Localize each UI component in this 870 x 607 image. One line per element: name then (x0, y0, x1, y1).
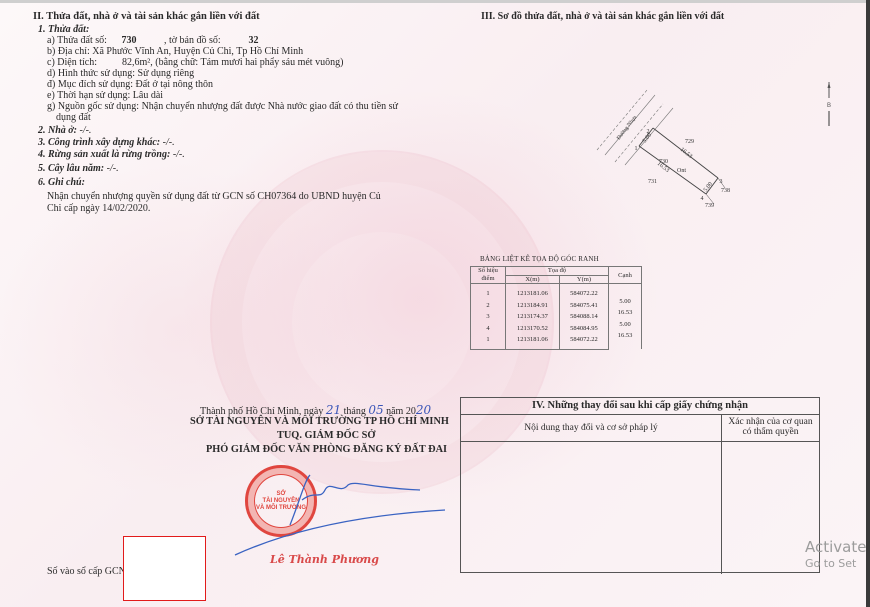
date-month: 05 (368, 403, 383, 417)
house-label: 2. Nhà ở: (38, 125, 77, 136)
certificate-page: II. Thửa đất, nhà ở và tài sản khác gắn … (0, 0, 866, 607)
notes-line-1: Nhận chuyển nhượng quyền sử dụng đất từ … (47, 191, 381, 202)
registry-label: Số vào sổ cấp GCN (47, 566, 126, 577)
construction-line: 3. Công trình xây dựng khác: -/-. (38, 137, 175, 148)
date-day: 21 (326, 403, 341, 417)
area-line: c) Diện tích:82,6m², (bằng chữ: Tám mươi… (47, 57, 343, 68)
coord-cell-y: 584084.95 (559, 323, 608, 335)
confirm-line-1: Xác nhận của cơ quan (722, 417, 819, 427)
perennial-label: 5. Cây lâu năm: (38, 163, 104, 174)
forest-label: 4. Rừng sản xuất là rừng trồng: (38, 149, 170, 160)
diagram-point-1: 1 (635, 146, 638, 152)
diagram-point-4: 4 (701, 196, 704, 202)
map-number: 32 (248, 35, 258, 46)
address-line: b) Địa chỉ: Xã Phước Vĩnh An, Huyện Củ C… (47, 46, 303, 57)
coord-header-coord: Tọa độ (506, 267, 609, 276)
section4-title: IV. Những thay đổi sau khi cấp giấy chứn… (461, 398, 819, 415)
coord-cell-x: 1213170.52 (506, 323, 560, 335)
signature-stroke (230, 470, 460, 560)
origin-line-1: g) Nguồn gốc sử dụng: Nhận chuyển nhượng… (47, 101, 398, 112)
edge-length: 5.00 (611, 319, 639, 331)
right-edge (866, 0, 870, 607)
area-value: 82,6m², (bằng chữ: Tám mươi hai phẩy sáu… (122, 57, 343, 68)
notes-label: 6. Ghi chú: (38, 177, 85, 188)
top-edge (0, 0, 866, 3)
coord-cell-y: 584088.14 (559, 311, 608, 323)
coord-cell-x: 1213174.37 (506, 311, 560, 323)
coord-table: Số hiệu điểm Tọa độ Cạnh X(m) Y(m) 11213… (470, 266, 642, 350)
changes-col-content: Nội dung thay đổi và cơ sở pháp lý (461, 415, 722, 441)
parcel-number: 730 (121, 35, 161, 46)
parcel-label: a) Thửa đất số: (47, 35, 107, 46)
notes-line-2: Chi cấp ngày 14/02/2020. (47, 203, 150, 214)
coord-cell-point: 3 (471, 311, 506, 323)
signer-position: PHÓ GIÁM ĐỐC VĂN PHÒNG ĐĂNG KÝ ĐẤT ĐAI (206, 444, 447, 455)
diagram-neighbor-729: 729 (685, 139, 694, 145)
area-label: c) Diện tích: (47, 57, 122, 68)
edge-length: 5.00 (611, 296, 639, 308)
coord-cell-x: 1213181.06 (506, 284, 560, 300)
diagram-neighbor-739: 739 (705, 203, 714, 209)
activate-windows-overlay: Activate Go to Set (805, 538, 866, 570)
diagram-neighbor-731: 731 (648, 179, 657, 185)
activate-line-1: Activate (805, 538, 866, 556)
forest-line: 4. Rừng sản xuất là rừng trồng: -/-. (38, 149, 185, 160)
coord-cell-point: 1 (471, 284, 506, 300)
forest-value: -/-. (170, 149, 184, 160)
diagram-neighbor-738: 738 (721, 188, 730, 194)
coord-cell-x: 1213184.91 (506, 300, 560, 312)
changes-table: IV. Những thay đổi sau khi cấp giấy chứn… (460, 397, 820, 573)
north-arrow-icon: B (826, 82, 832, 126)
usage-purpose-line: đ) Mục đích sử dụng: Đất ở tại nông thôn (47, 79, 213, 90)
coord-table-title: BẢNG LIỆT KÊ TỌA ĐỘ GÓC RANH (480, 255, 599, 263)
changes-content-cell (461, 442, 722, 574)
date-year: 20 (416, 403, 431, 417)
diagram-point-3: 3 (720, 179, 723, 185)
on-behalf: TUQ. GIÁM ĐỐC SỞ (277, 430, 375, 441)
coord-cell-point: 4 (471, 323, 506, 335)
land-heading: 1. Thửa đất: (38, 24, 89, 35)
perennial-line: 5. Cây lâu năm: -/-. (38, 163, 119, 174)
coord-cell-y: 584075.41 (559, 300, 608, 312)
place-date: Thành phố Hồ Chí Minh, ngày 21 tháng 05 … (200, 403, 431, 417)
perennial-value: -/-. (104, 163, 118, 174)
parcel-line: a) Thửa đất số: 730 , tờ bản đồ số: 32 (47, 35, 258, 46)
parcel-diagram: 2 1 3 4 729 730 Ont 731 738 739 5.00 16.… (575, 80, 775, 220)
agency-name: SỞ TÀI NGUYÊN VÀ MÔI TRƯỜNG TP HỒ CHÍ MI… (190, 416, 449, 427)
origin-line-2: dụng đất (56, 112, 91, 123)
usage-term-line: e) Thời hạn sử dụng: Lâu dài (47, 90, 163, 101)
coord-header-y: Y(m) (559, 275, 608, 284)
coord-header-point: Số hiệu điểm (471, 267, 506, 284)
coord-header-x: X(m) (506, 275, 560, 284)
coord-cell-point: 2 (471, 300, 506, 312)
coord-cell-edges: 5.0016.535.0016.53 (609, 284, 642, 350)
coord-cell-y: 584072.22 (559, 284, 608, 300)
usage-form-line: d) Hình thức sử dụng: Sử dụng riêng (47, 68, 194, 79)
coord-cell-point: 1 (471, 334, 506, 349)
signer-name: Lê Thành Phương (270, 553, 379, 566)
north-label: B (827, 103, 831, 109)
changes-col-confirm: Xác nhận của cơ quan có thẩm quyền (722, 415, 819, 441)
diagram-land-code: Ont (677, 168, 686, 174)
diagram-edge-34: 5.00 (703, 181, 714, 193)
coord-row: 11213181.06584072.225.0016.535.0016.53 (471, 284, 642, 300)
house-value: -/-. (77, 125, 91, 136)
section3-title: III. Sơ đồ thửa đất, nhà ở và tài sản kh… (481, 11, 724, 22)
activate-line-2: Go to Set (805, 557, 866, 570)
house-line: 2. Nhà ở: -/-. (38, 125, 91, 136)
coord-header-edge: Cạnh (609, 267, 642, 284)
edge-length: 16.53 (611, 307, 639, 319)
edge-length: 16.53 (611, 330, 639, 342)
diagram-edge-23: 16.53 (679, 147, 693, 160)
redaction-box (123, 536, 206, 601)
construction-value: -/-. (160, 137, 174, 148)
coord-cell-x: 1213181.06 (506, 334, 560, 349)
confirm-line-2: có thẩm quyền (722, 427, 819, 437)
section2-title: II. Thửa đất, nhà ở và tài sản khác gắn … (33, 11, 260, 22)
coord-cell-y: 584072.22 (559, 334, 608, 349)
construction-label: 3. Công trình xây dựng khác: (38, 137, 160, 148)
map-label: , tờ bản đồ số: (164, 35, 246, 46)
